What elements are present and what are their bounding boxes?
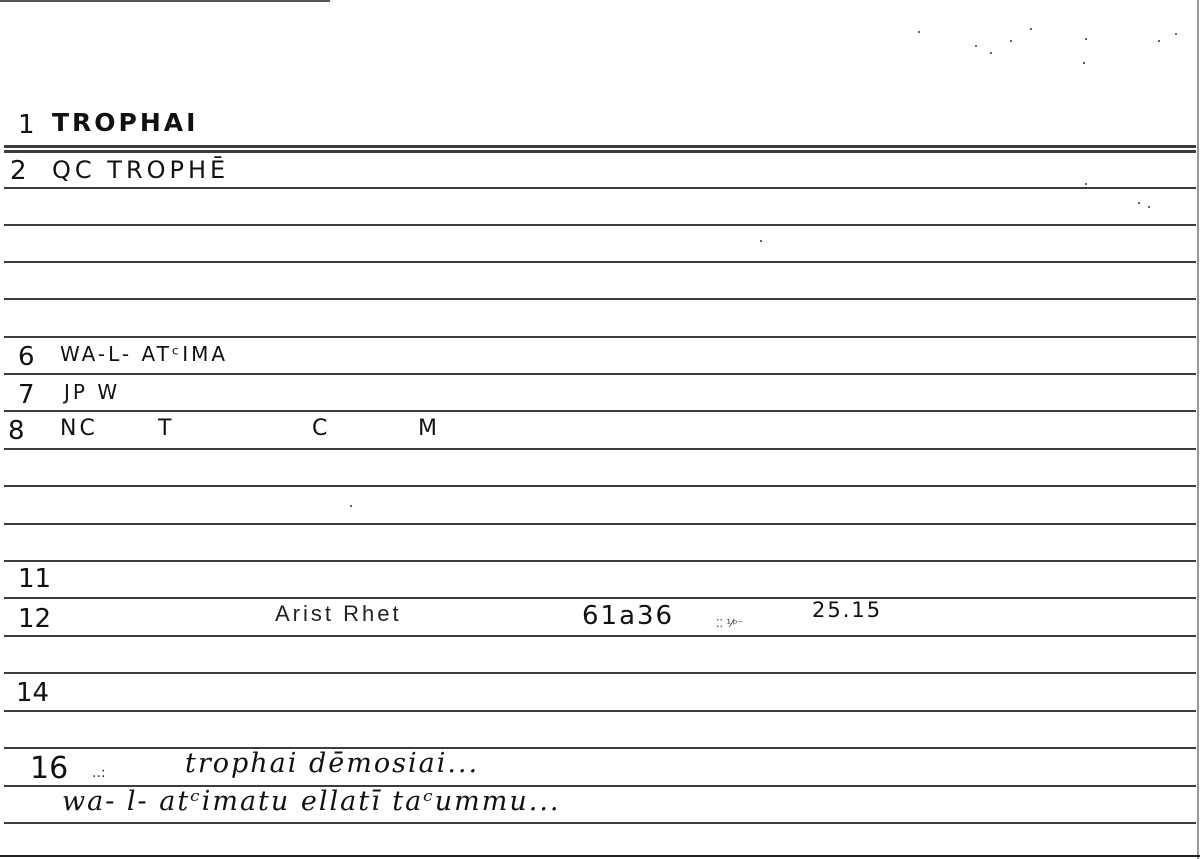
scan-speck — [918, 31, 920, 33]
scan-speck — [1085, 38, 1087, 40]
bekker-reference: 61a36 — [582, 603, 674, 629]
ruled-line — [4, 710, 1196, 712]
greek-phrase: trophai dēmosiai... — [185, 750, 479, 777]
line-number: 8 — [8, 418, 25, 444]
scan-speck — [1085, 183, 1087, 185]
t-column: T — [158, 418, 174, 440]
arabic-transliteration: WA-L- ATᶜIMA — [60, 344, 228, 364]
marginal-mark: ⁚⁚ ⅟ᵖ⁻ — [716, 618, 743, 629]
scan-speck — [1158, 40, 1160, 42]
m-column: M — [418, 418, 440, 440]
ruled-line — [4, 523, 1196, 525]
ruled-line — [4, 224, 1196, 226]
line-number: 7 — [18, 382, 35, 408]
ruled-line — [4, 150, 1196, 153]
line-number: 12 — [18, 606, 51, 632]
ruled-line — [4, 336, 1196, 338]
line-marker: ..: — [92, 766, 106, 780]
ruled-line — [4, 145, 1196, 148]
qc-entry: QC TROPHĒ — [52, 158, 229, 182]
scan-speck — [1175, 33, 1177, 35]
line-number: 2 — [10, 158, 27, 184]
scan-speck — [1010, 40, 1012, 42]
ruled-line — [4, 635, 1196, 637]
jp-entry: JP W — [64, 382, 120, 402]
ruled-line — [4, 373, 1196, 375]
scan-speck — [975, 45, 977, 47]
line-number: 6 — [18, 344, 35, 370]
scan-speck — [990, 52, 992, 54]
headword: TROPHAI — [52, 110, 198, 135]
line-number: 1 — [18, 112, 35, 138]
ruled-line — [4, 410, 1196, 412]
ruled-line — [4, 747, 1196, 749]
index-card: 1 TROPHAI 2 QC TROPHĒ 6 WA-L- ATᶜIMA 7 J… — [0, 0, 1200, 859]
line-number: 16 — [30, 754, 68, 784]
scan-speck — [1030, 28, 1032, 30]
line-number: 14 — [16, 680, 49, 706]
ruled-line — [4, 448, 1196, 450]
ruled-line — [4, 672, 1196, 674]
ruled-line — [4, 485, 1196, 487]
arabic-phrase: wa- l- atᶜimatu ellatī taᶜummu... — [62, 788, 561, 815]
card-top-edge — [0, 0, 330, 2]
ruled-line — [4, 822, 1196, 824]
source-reference: Arist Rhet — [275, 603, 402, 625]
ruled-line — [4, 298, 1196, 300]
ruled-line — [4, 187, 1196, 189]
card-bottom-edge — [0, 855, 1200, 857]
ruled-line — [4, 560, 1196, 562]
scan-speck — [760, 240, 762, 242]
page-reference: 25.15 — [812, 600, 882, 621]
card-right-edge — [1197, 0, 1199, 859]
scan-speck — [350, 505, 352, 507]
scan-speck — [1083, 62, 1085, 64]
c-column: C — [312, 418, 330, 440]
nc-column: NC — [60, 418, 98, 440]
ruled-line — [4, 597, 1196, 599]
scan-speck — [1148, 206, 1150, 208]
scan-speck — [1138, 202, 1140, 204]
line-number: 11 — [18, 566, 51, 592]
ruled-line — [4, 261, 1196, 263]
